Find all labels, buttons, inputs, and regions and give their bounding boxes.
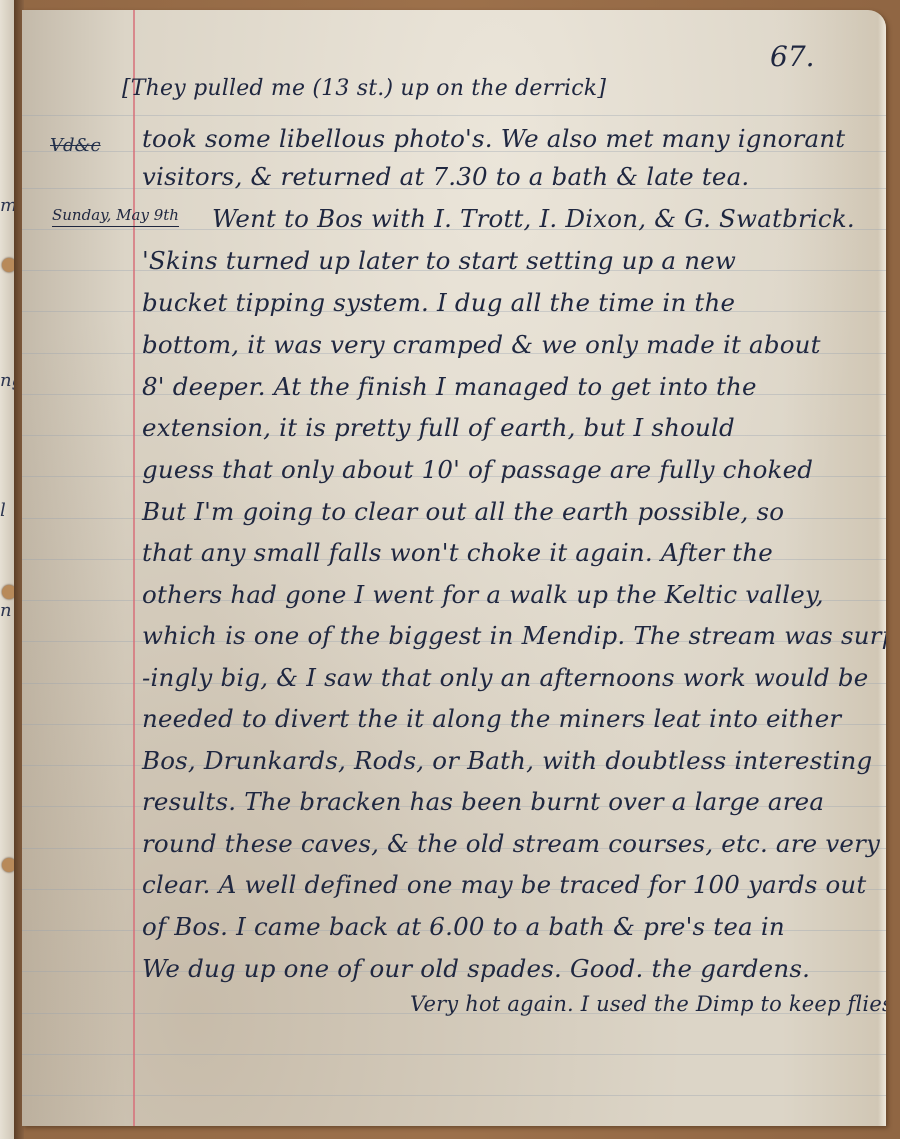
text-line: bottom, it was very cramped & we only ma… — [142, 330, 821, 359]
page-number: 67. — [770, 40, 815, 73]
margin-scribble: Vd&c — [50, 135, 101, 156]
text-line: Very hot again. I used the Dimp to keep … — [410, 992, 886, 1016]
text-line: guess that only about 10' of passage are… — [142, 455, 813, 484]
page-edge — [878, 10, 886, 1126]
text-line: that any small falls won't choke it agai… — [142, 538, 773, 567]
text-line: -ingly big, & I saw that only an afterno… — [142, 663, 868, 692]
margin-line — [133, 10, 135, 1126]
margin-date: Sunday, May 9th — [52, 206, 179, 227]
ruled-line — [22, 115, 886, 116]
text-line: needed to divert the it along the miners… — [142, 704, 841, 733]
text-line: But I'm going to clear out all the earth… — [142, 497, 784, 526]
text-line: others had gone I went for a walk up the… — [142, 580, 824, 609]
facing-page-fragment: n — [0, 600, 12, 621]
text-line: visitors, & returned at 7.30 to a bath &… — [142, 162, 749, 191]
text-line: 8' deeper. At the finish I managed to ge… — [142, 372, 757, 401]
text-line: results. The bracken has been burnt over… — [142, 787, 824, 816]
ruled-line — [22, 1054, 886, 1055]
text-line: bucket tipping system. I dug all the tim… — [142, 288, 735, 317]
notebook-page: 67. Vd&c Sunday, May 9th [They pulled me… — [22, 10, 886, 1126]
text-line: which is one of the biggest in Mendip. T… — [142, 621, 886, 650]
text-line: clear. A well defined one may be traced … — [142, 870, 866, 899]
text-line: extension, it is pretty full of earth, b… — [142, 413, 735, 442]
text-line: of Bos. I came back at 6.00 to a bath & … — [142, 912, 785, 941]
facing-page-fragment: l — [0, 500, 6, 521]
text-line: Went to Bos with I. Trott, I. Dixon, & G… — [212, 204, 855, 233]
text-line: round these caves, & the old stream cour… — [142, 829, 880, 858]
text-line: took some libellous photo's. We also met… — [142, 124, 845, 153]
text-line: We dug up one of our old spades. Good. t… — [142, 954, 810, 983]
text-line: 'Skins turned up later to start setting … — [142, 246, 736, 275]
text-line: [They pulled me (13 st.) up on the derri… — [122, 76, 606, 101]
text-line: Bos, Drunkards, Rods, or Bath, with doub… — [142, 746, 872, 775]
ruled-line — [22, 1095, 886, 1096]
